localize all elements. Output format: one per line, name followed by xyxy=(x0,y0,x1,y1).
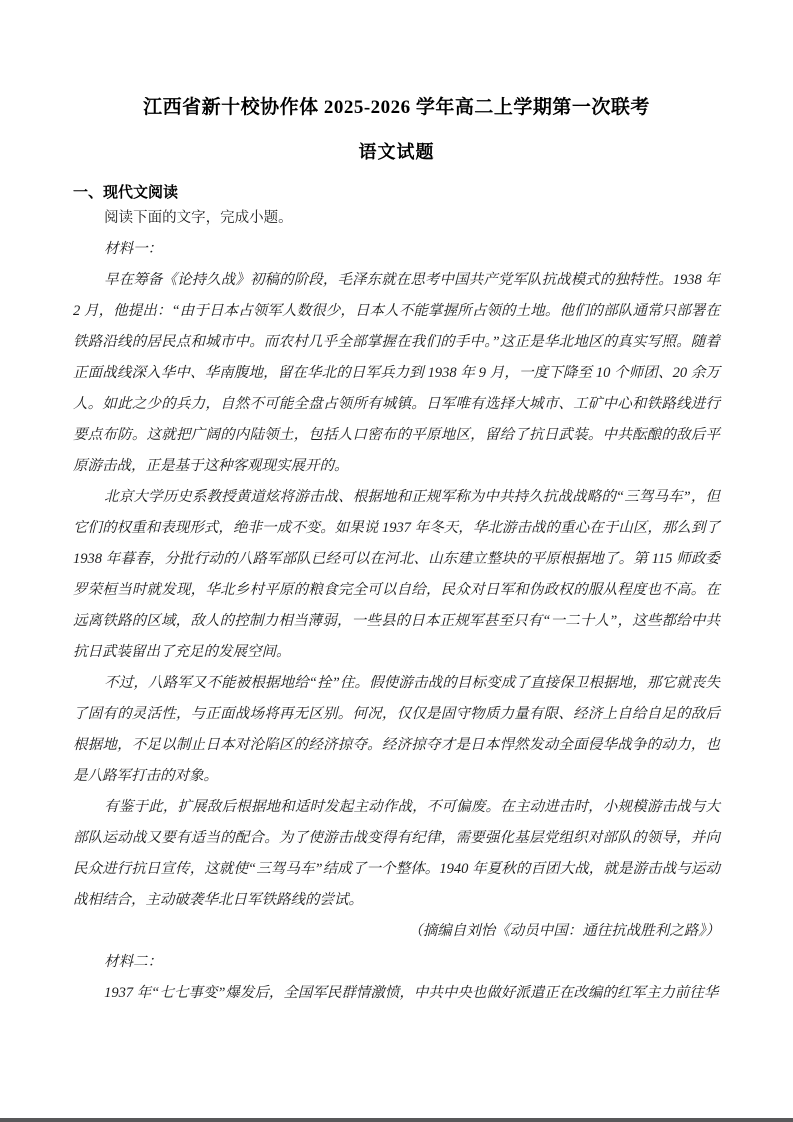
material1-attribution: （摘编自刘怡《动员中国：通往抗战胜利之路》） xyxy=(73,916,720,947)
material1-paragraph: 不过，八路军又不能被根据地给“拴”住。假使游击战的目标变成了直接保卫根据地，那它… xyxy=(73,668,720,792)
exam-page: 江西省新十校协作体 2025-2026 学年高二上学期第一次联考 语文试题 一、… xyxy=(0,0,793,1122)
material1-paragraph: 早在筹备《论持久战》初稿的阶段，毛泽东就在思考中国共产党军队抗战模式的独特性。1… xyxy=(73,265,720,482)
section-intro: 阅读下面的文字，完成小题。 xyxy=(73,203,720,234)
material1-paragraph: 有鉴于此，扩展敌后根据地和适时发起主动作战，不可偏废。在主动进击时，小规模游击战… xyxy=(73,792,720,916)
material1-label: 材料一： xyxy=(73,234,720,265)
exam-subtitle: 语文试题 xyxy=(73,141,720,163)
page-content: 江西省新十校协作体 2025-2026 学年高二上学期第一次联考 语文试题 一、… xyxy=(0,0,793,1009)
section-heading: 一、现代文阅读 xyxy=(73,183,720,203)
material1-paragraph: 北京大学历史系教授黄道炫将游击战、根据地和正规军称为中共持久抗战战略的“三驾马车… xyxy=(73,482,720,668)
material2-label: 材料二： xyxy=(73,947,720,978)
page-bottom-edge xyxy=(0,1118,793,1122)
material2-paragraph: 1937 年“七七事变”爆发后，全国军民群情激愤，中共中央也做好派遣正在改编的红… xyxy=(73,978,720,1009)
exam-title: 江西省新十校协作体 2025-2026 学年高二上学期第一次联考 xyxy=(73,97,720,119)
